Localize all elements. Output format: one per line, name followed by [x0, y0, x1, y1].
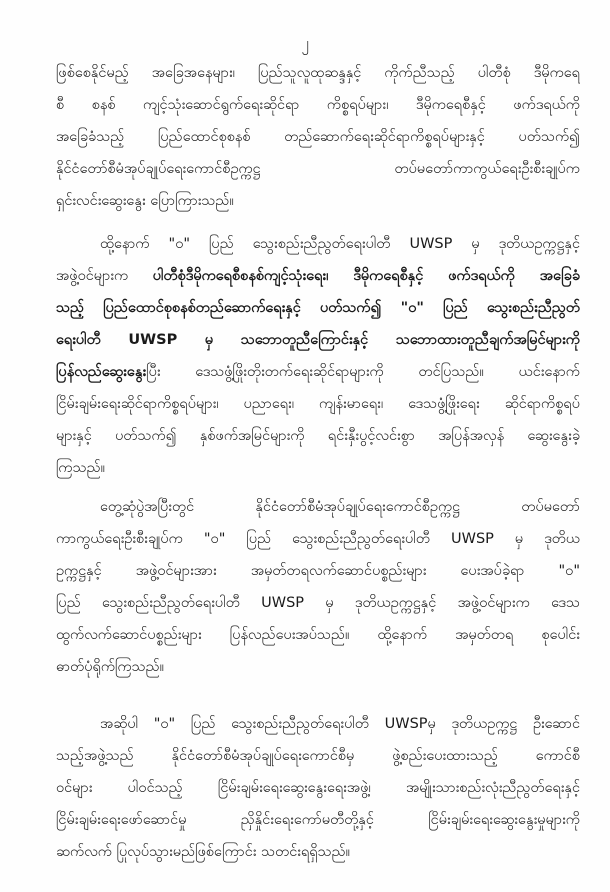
paragraph-line: အခြေခံသည့် ပြည်ထောင်စုစနစ် တည်ဆောက်ရေးဆိ… — [56, 124, 580, 150]
bold-text: ပြန်လည်ဆွေးနွေး — [56, 364, 146, 380]
page-number: ၂ — [0, 33, 610, 53]
paragraph-line: ဓာတ်ပုံရိုက်ကြသည်။ — [56, 654, 580, 680]
paragraph-line: သည့်အဖွဲ့သည် နိုင်ငံတော်စီမံအုပ်ချုပ်ရေး… — [56, 743, 580, 769]
paragraph-line: နိုင်ငံတော်စီမံအုပ်ချုပ်ရေးကောင်စီဥက္ကဋ္… — [56, 156, 580, 182]
paragraph-line: ထွက်လက်ဆောင်ပစ္စည်းများ ပြန်လည်ပေးအပ်သည်… — [56, 622, 580, 648]
paragraph-line: စီ စနစ် ကျင့်သုံးဆောင်ရွက်ရေးဆိုင်ရာ ကိစ… — [56, 92, 580, 118]
paragraph-line: ဖြစ်စေနိုင်မည့် အခြေအနေများ၊ ပြည်သူလူထုဆ… — [56, 60, 580, 86]
paragraph-line: ပြည် သွေးစည်းညီညွတ်ရေးပါတီ UWSP မှ ဒုတိယ… — [56, 590, 580, 616]
paragraph-line: ကြသည်။ — [56, 455, 580, 481]
paragraph-line: အဆိုပါ "ဝ" ပြည် သွေးစည်းညီညွတ်ရေးပါတီ UW… — [100, 711, 580, 737]
paragraph-line: ပြန်လည်ဆွေးနွေးပြီး ဒေသဖွံ့ဖြိုးတိုးတက်ရ… — [56, 359, 580, 385]
bold-text: ပါတီစုံဒီမိုကရေစီစနစ်ကျင့်သုံးရေး၊ ဒီမို… — [153, 268, 580, 284]
paragraph-line: ငြိမ်းချမ်းရေးဖော်ဆောင်မှု ညှိနှိုင်းရေး… — [56, 807, 580, 833]
document-page: ၂ ဖြစ်စေနိုင်မည့် အခြေအနေများ၊ ပြည်သူလူထ… — [0, 0, 610, 892]
paragraph-line: ဝင်များ ပါဝင်သည့် ငြိမ်းချမ်းရေးဆွေးနွေး… — [56, 775, 580, 801]
paragraph-line: ရေးပါတီ UWSP မှ သဘောတူညီကြောင်းနှင့် သဘေ… — [56, 327, 580, 353]
plain-text: ပြီး ဒေသဖွံ့ဖြိုးတိုးတက်ရေးဆိုင်ရာများကိ… — [146, 364, 580, 380]
paragraph-line: ဆက်လက် ပြုလုပ်သွားမည်ဖြစ်ကြောင်း သတင်းရရ… — [56, 839, 580, 865]
plain-text: အဖွဲ့ဝင်များက — [56, 268, 153, 284]
paragraph-line: များနှင့် ပတ်သက်၍ နှစ်ဖက်အမြင်များကို ရင… — [56, 423, 580, 449]
paragraph-line: ငြိမ်းချမ်းရေးဆိုင်ရာကိစ္စရပ်များ၊ ပညာရေ… — [56, 391, 580, 417]
paragraph-line: ထို့နောက် "ဝ" ပြည် သွေးစည်းညီညွတ်ရေးပါတီ… — [100, 231, 580, 257]
paragraph-line: ကာကွယ်ရေးဦးစီးချုပ်က "ဝ" ပြည် သွေးစည်းညီ… — [56, 526, 580, 552]
paragraph-line: ဥက္ကဋ္ဌနှင့် အဖွဲ့ဝင်များအား အမှတ်တရလက်ဆ… — [56, 558, 580, 584]
paragraph-line: တွေ့ဆုံပွဲအပြီးတွင် နိုင်ငံတော်စီမံအုပ်ခ… — [100, 494, 580, 520]
paragraph-line: သည့် ပြည်ထောင်စုစနစ်တည်ဆောက်ရေးနှင့် ပတ်… — [56, 295, 580, 321]
paragraph-line: ရှင်းလင်းဆွေးနွေး ပြောကြားသည်။ — [56, 188, 580, 214]
paragraph-line: အဖွဲ့ဝင်များက ပါတီစုံဒီမိုကရေစီစနစ်ကျင့်… — [56, 263, 580, 289]
